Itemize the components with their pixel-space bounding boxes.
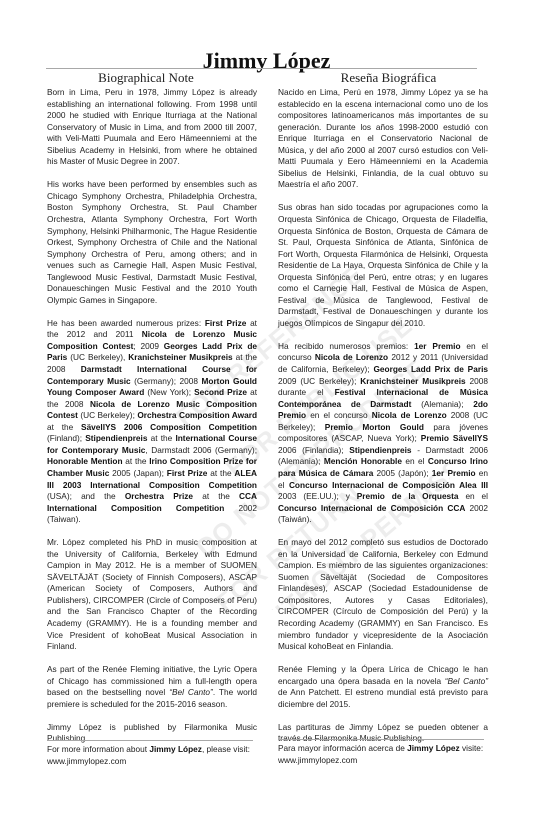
spanish-paragraph-performances: Sus obras han sido tocadas por agrupacio… xyxy=(278,202,488,329)
title-divider xyxy=(46,68,477,69)
prize-text: at the xyxy=(123,456,150,466)
prize-text: (Germany); 2008 xyxy=(131,376,202,386)
prize-name: Stipendienpreis xyxy=(85,433,147,443)
prize-text: Ha recibido numerosos premios: xyxy=(278,341,414,351)
prize-text: , Darmstadt 2006 (Germany); xyxy=(145,445,257,455)
prize-text: 2003 (EE.UU.); y xyxy=(278,491,357,501)
prize-name: Second Prize xyxy=(194,387,247,397)
english-paragraph-birth: Born in Lima, Peru in 1978, Jimmy López … xyxy=(47,87,257,168)
prize-name: Orchestra Composition Award xyxy=(137,410,257,420)
prize-text: at the xyxy=(147,433,175,443)
prize-text: at the xyxy=(47,422,81,432)
prize-text: en el concurso xyxy=(306,410,372,420)
prize-name: Premio Morton Gould xyxy=(325,422,424,432)
spanish-paragraph-birth: Nacido en Lima, Perú en 1978, Jimmy Lópe… xyxy=(278,87,488,191)
english-paragraph-phd: Mr. López completed his PhD in music com… xyxy=(47,537,257,652)
english-column: Born in Lima, Peru in 1978, Jimmy López … xyxy=(47,87,257,756)
prize-name: Concurso Internacional de Composición Al… xyxy=(289,480,488,490)
footer-text-before: For more information about xyxy=(47,744,149,754)
prize-text: en el xyxy=(402,456,428,466)
prize-name: Honorable Mention xyxy=(47,456,123,466)
heading-spanish: Reseña Biográfica xyxy=(285,70,492,85)
english-paragraph-performances: His works have been performed by ensembl… xyxy=(47,179,257,306)
prize-name: 1er Premio xyxy=(414,341,460,351)
prize-text: (Finland); xyxy=(47,433,85,443)
website-link[interactable]: www.jimmylopez.com xyxy=(47,756,126,766)
prize-name: SävellYS 2006 Composition Competition xyxy=(81,422,257,432)
prize-name: Premio SävellYS xyxy=(421,433,488,443)
prize-name: Nicola de Lorenzo xyxy=(372,410,447,420)
prize-name: Kranichsteiner Musikpreis xyxy=(360,376,465,386)
spanish-paragraph-phd: En mayo del 2012 completó sus estudios d… xyxy=(278,537,488,652)
prize-text: (USA); and the xyxy=(47,491,125,501)
prize-text: (Alemania); xyxy=(411,399,473,409)
prize-text: (UC Berkeley), xyxy=(67,352,128,362)
opera-text-after: de Ann Patchett. El estreno mundial está… xyxy=(278,687,488,709)
english-paragraph-prizes: He has been awarded numerous prizes: Fir… xyxy=(47,318,257,526)
prize-name: 1er Premio xyxy=(432,468,476,478)
prize-name: Nicola de Lorenzo xyxy=(315,352,388,362)
footer-text-before: Para mayor información acerca de xyxy=(278,743,407,753)
prize-text: ; 2009 xyxy=(133,341,163,351)
opera-title: “Bel Canto” xyxy=(445,676,488,686)
prize-name: First Prize xyxy=(205,318,247,328)
prize-text: 2006 (Finlandia); xyxy=(278,445,349,455)
footer-name: Jimmy López xyxy=(149,744,202,754)
english-footer: For more information about Jimmy López, … xyxy=(47,740,253,767)
footer-text-after: visite: xyxy=(460,743,484,753)
prize-text: 2009 (UC Berkeley); xyxy=(278,376,360,386)
prize-text: en el xyxy=(459,491,488,501)
prize-text: at the xyxy=(193,491,239,501)
prize-name: Georges Ladd Prix de Paris xyxy=(373,364,488,374)
prize-name: First Prize xyxy=(167,468,208,478)
prize-name: Kranichsteiner Musikpreis xyxy=(128,352,232,362)
prize-text: (New York); xyxy=(144,387,194,397)
prize-name: Concurso Internacional de Composición CC… xyxy=(278,503,465,513)
footer-text-after: , please visit: xyxy=(202,744,250,754)
prize-text: (UC Berkeley); xyxy=(78,410,137,420)
spanish-paragraph-prizes: Ha recibido numerosos premios: 1er Premi… xyxy=(278,341,488,526)
prize-name: Premio de la Orquesta xyxy=(357,491,459,501)
footer-name: Jimmy López xyxy=(407,743,460,753)
opera-title: “Bel Canto” xyxy=(169,687,213,697)
prize-text: 2005 (Japan); xyxy=(109,468,166,478)
spanish-footer: Para mayor información acerca de Jimmy L… xyxy=(278,739,484,766)
prize-name: Stipendienpreis xyxy=(349,445,411,455)
prize-text: 2005 (Japón); xyxy=(373,468,431,478)
spanish-column: Nacido en Lima, Perú en 1978, Jimmy Lópe… xyxy=(278,87,488,756)
prize-text: at the xyxy=(207,468,234,478)
english-paragraph-opera: As part of the Renée Fleming initiative,… xyxy=(47,664,257,710)
heading-english: Biographical Note xyxy=(46,70,246,85)
prize-name: Mención Honorable xyxy=(324,456,402,466)
document-page: Jimmy López Biographical Note Reseña Bio… xyxy=(0,0,533,824)
prize-name: Orchestra Prize xyxy=(125,491,193,501)
spanish-paragraph-opera: Renée Fleming y la Ópera Lírica de Chica… xyxy=(278,664,488,710)
website-link[interactable]: www.jimmylopez.com xyxy=(278,755,357,765)
prize-text: He has been awarded numerous prizes: xyxy=(47,318,205,328)
